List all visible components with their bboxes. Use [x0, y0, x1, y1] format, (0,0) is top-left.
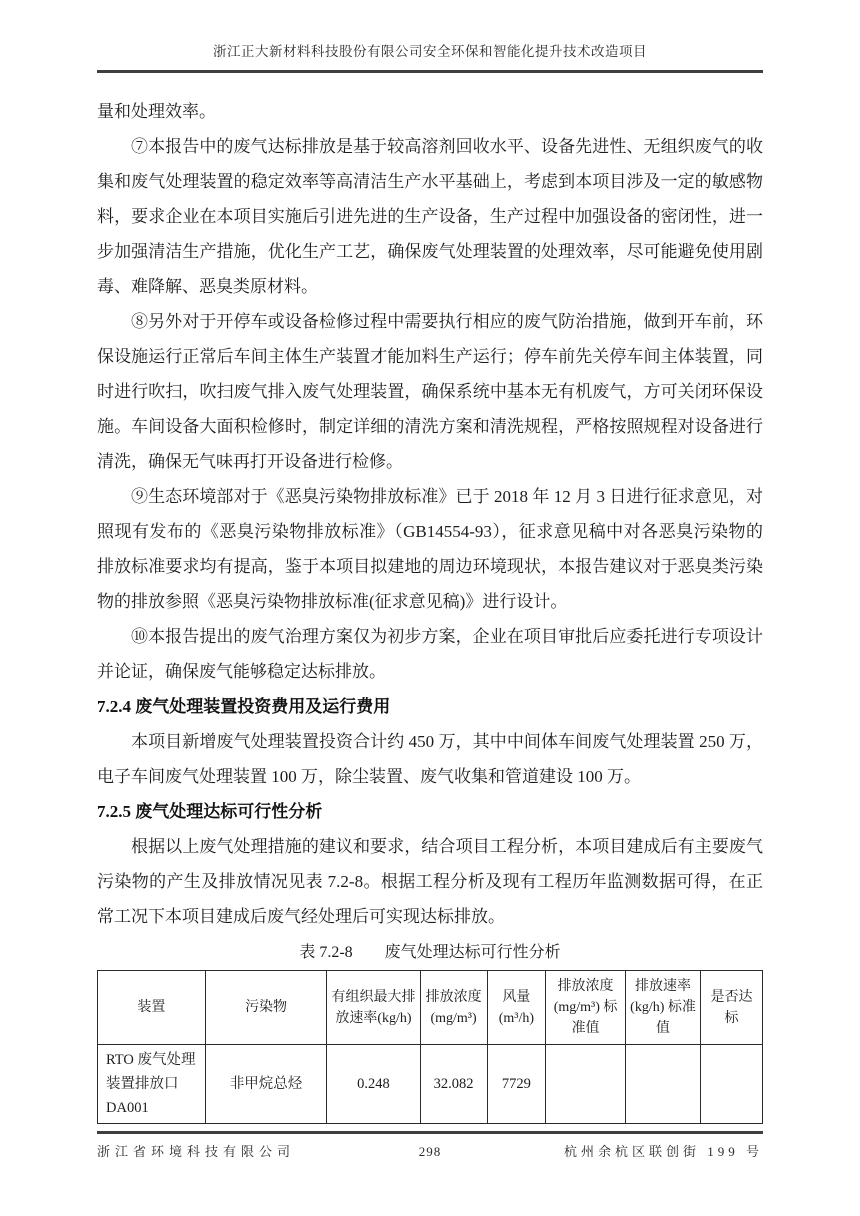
page-footer: 浙江省环境科技有限公司 298 杭州余杭区联创街 199 号: [97, 1131, 763, 1160]
table-header-row: 装置 污染物 有组织最大排 放速率(kg/h) 排放浓度 (mg/m³) 风量 …: [98, 971, 763, 1045]
document-page: { "header": { "title": "浙江正大新材料科技股份有限公司安…: [0, 0, 860, 1216]
col-header-air-volume: 风量 (m³/h): [487, 971, 546, 1045]
col-header-pollutant: 污染物: [205, 971, 327, 1045]
section-heading-725: 7.2.5 废气处理达标可行性分析: [97, 794, 763, 829]
table-row: RTO 废气处理装置排放口 DA001 非甲烷总烃 0.248 32.082 7…: [98, 1045, 763, 1124]
col-header-concentration-standard: 排放浓度 (mg/m³) 标准值: [546, 971, 626, 1045]
col-header-rate-standard: 排放速率 (kg/h) 标准值: [625, 971, 700, 1045]
section-heading-724: 7.2.4 废气处理装置投资费用及运行费用: [97, 689, 763, 724]
cell-pollutant: 非甲烷总烃: [205, 1045, 327, 1124]
cell-rate-standard: [625, 1045, 700, 1124]
paragraph-9: ⑨生态环境部对于《恶臭污染物排放标准》已于 2018 年 12 月 3 日进行征…: [97, 479, 763, 619]
col-header-concentration: 排放浓度 (mg/m³): [420, 971, 487, 1045]
col-header-max-emission-rate: 有组织最大排 放速率(kg/h): [327, 971, 420, 1045]
spacer: [0, 1124, 860, 1131]
cell-compliance: [701, 1045, 763, 1124]
col-header-compliance: 是否达 标: [701, 971, 763, 1045]
document-body: 量和处理效率。 ⑦本报告中的废气达标排放是基于较高溶剂回收水平、设备先进性、无组…: [97, 94, 763, 1124]
footer-company: 浙江省环境科技有限公司: [97, 1141, 419, 1160]
footer-address: 杭州余杭区联创街 199 号: [441, 1141, 763, 1160]
page-header: 浙江正大新材料科技股份有限公司安全环保和智能化提升技术改造项目: [97, 44, 763, 73]
cell-concentration: 32.082: [420, 1045, 487, 1124]
cell-concentration-standard: [546, 1045, 626, 1124]
cell-max-emission-rate: 0.248: [327, 1045, 420, 1124]
cell-device: RTO 废气处理装置排放口 DA001: [98, 1045, 206, 1124]
table-caption: 表 7.2-8 废气处理达标可行性分析: [97, 936, 763, 969]
paragraph-8: ⑧另外对于开停车或设备检修过程中需要执行相应的废气防治措施，做到开车前，环保设施…: [97, 304, 763, 479]
emission-compliance-table: 装置 污染物 有组织最大排 放速率(kg/h) 排放浓度 (mg/m³) 风量 …: [97, 970, 763, 1124]
col-header-device: 装置: [98, 971, 206, 1045]
cell-air-volume: 7729: [487, 1045, 546, 1124]
footer-page-number: 298: [419, 1144, 442, 1160]
paragraph-7: ⑦本报告中的废气达标排放是基于较高溶剂回收水平、设备先进性、无组织废气的收集和废…: [97, 129, 763, 304]
section-paragraph-724: 本项目新增废气处理装置投资合计约 450 万，其中中间体车间废气处理装置 250…: [97, 724, 763, 794]
paragraph-10: ⑩本报告提出的废气治理方案仅为初步方案，企业在项目审批后应委托进行专项设计并论证…: [97, 619, 763, 689]
paragraph-continuation: 量和处理效率。: [97, 94, 763, 129]
document-header-title: 浙江正大新材料科技股份有限公司安全环保和智能化提升技术改造项目: [97, 44, 763, 73]
section-paragraph-725: 根据以上废气处理措施的建议和要求，结合项目工程分析，本项目建成后有主要废气污染物…: [97, 829, 763, 934]
